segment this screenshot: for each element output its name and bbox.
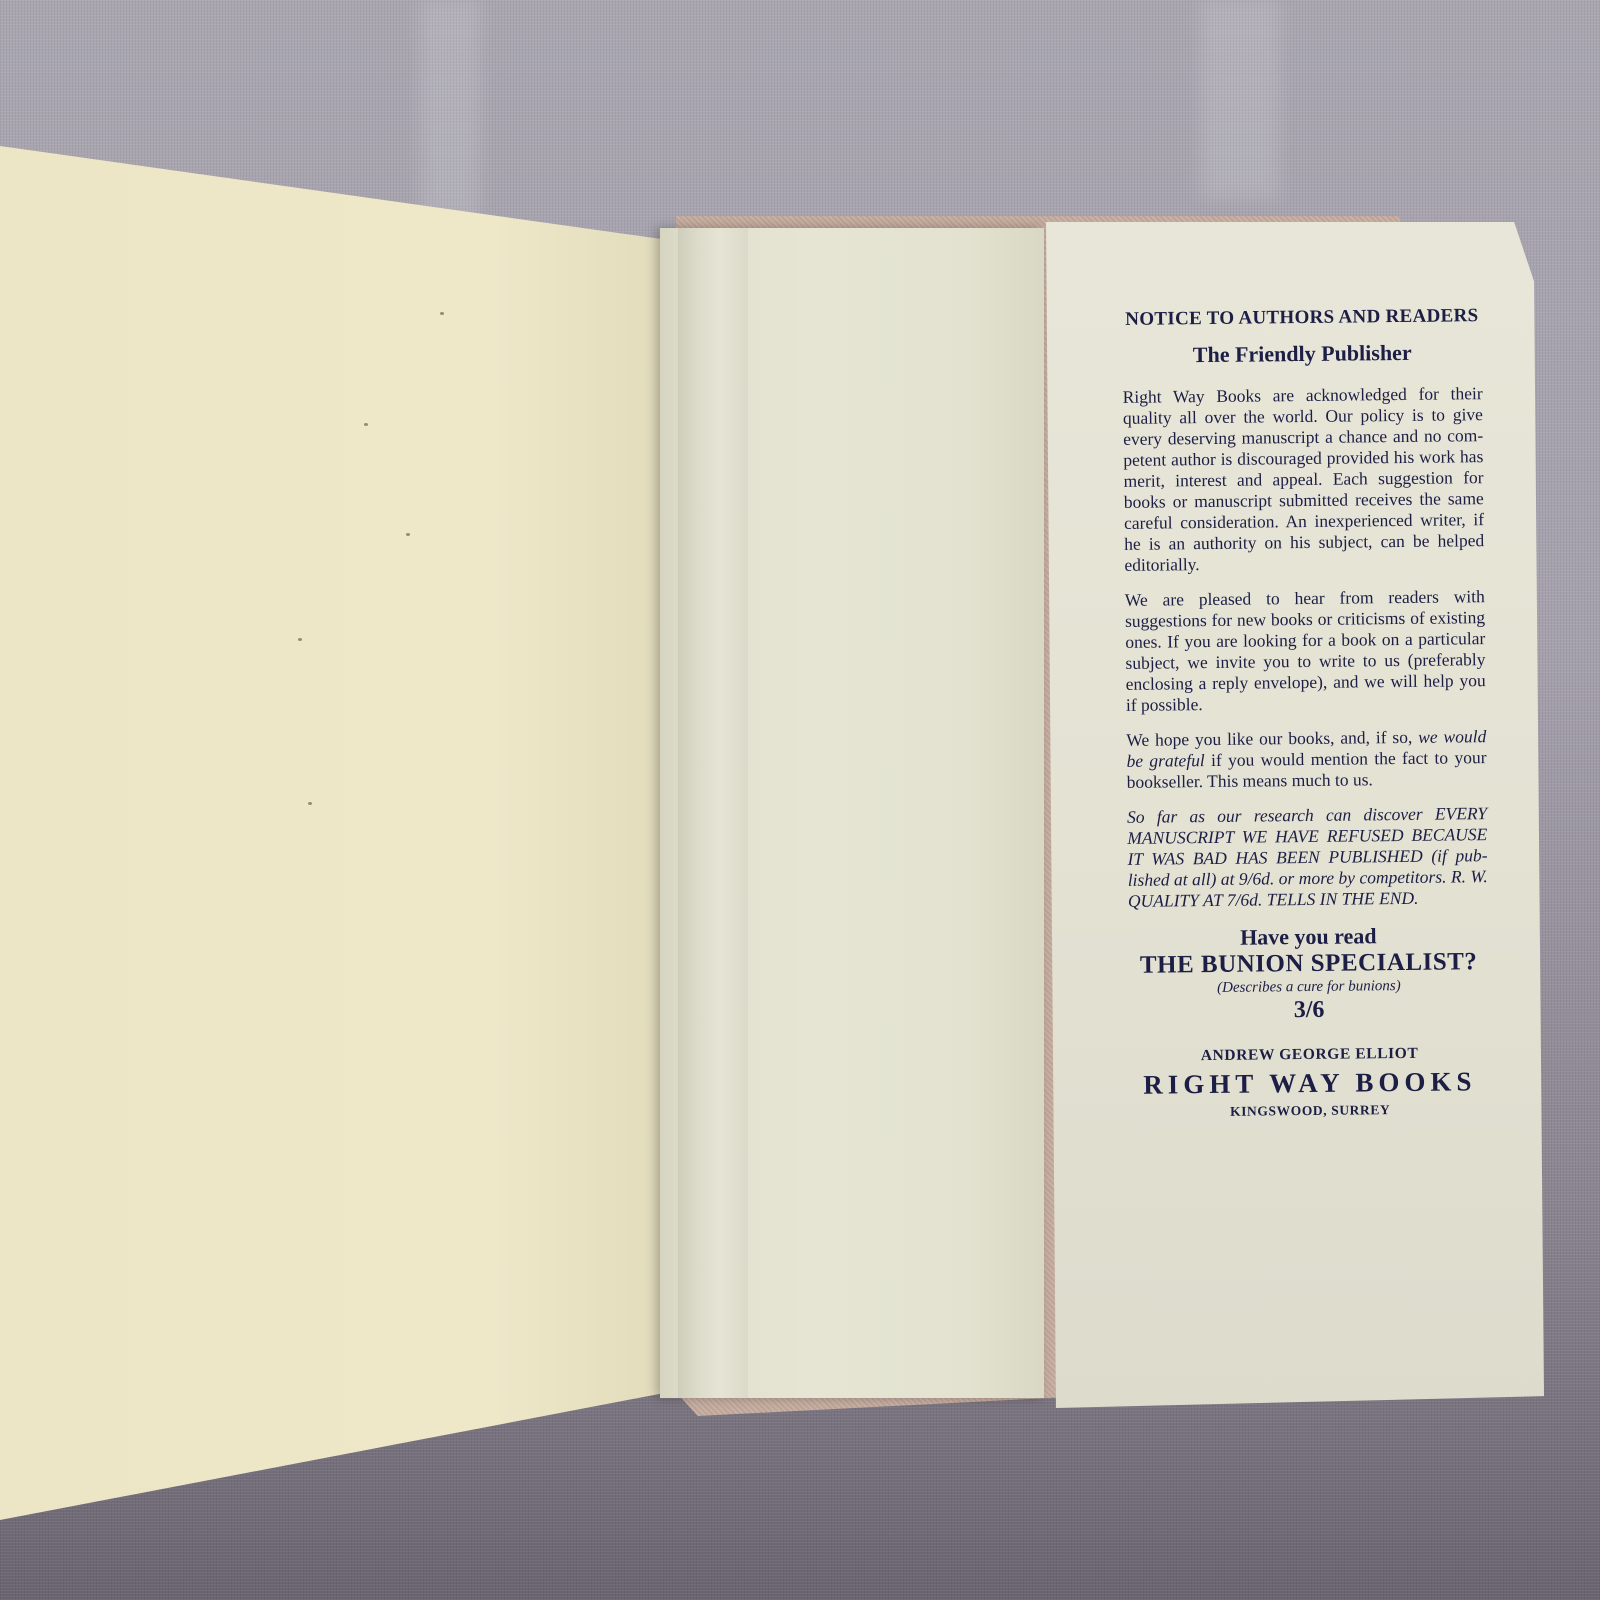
paper-speck [440, 312, 444, 315]
paper-speck [298, 638, 302, 641]
book-promo: Have you read THE BUNION SPECIALIST? (De… [1128, 922, 1489, 1026]
endpaper [660, 228, 1044, 1398]
cloth-fold [420, 0, 480, 220]
blank-flyleaf-page [0, 0, 700, 1600]
promo-lead: Have you read [1128, 922, 1488, 952]
publisher-brand: RIGHT WAY BOOKS [1130, 1066, 1490, 1101]
paper-speck [364, 423, 368, 426]
endpaper-hinge [678, 228, 748, 1398]
cloth-fold [1200, 0, 1280, 200]
flap-text-block: NOTICE TO AUTHORS AND READERS The Friend… [1122, 302, 1491, 1121]
notice-heading: NOTICE TO AUTHORS AND READERS [1122, 302, 1482, 333]
promo-title: THE BUNION SPECIALIST? [1129, 948, 1489, 980]
hope-paragraph: We hope you like our books, and, if so, … [1126, 726, 1487, 793]
readers-paragraph: We are pleased to hear from readers with… [1125, 586, 1486, 716]
dust-jacket-flap: NOTICE TO AUTHORS AND READERS The Friend… [1046, 222, 1544, 1408]
promo-price: 3/6 [1129, 994, 1489, 1026]
paper-speck [308, 802, 312, 805]
friendly-publisher-heading: The Friendly Publisher [1122, 339, 1482, 369]
policy-paragraph: Right Way Books are acknowledged for the… [1123, 383, 1485, 576]
paper-speck [406, 533, 410, 536]
publisher-imprint: ANDREW GEORGE ELLIOT RIGHT WAY BOOKS KIN… [1130, 1044, 1491, 1121]
publisher-location: KINGSWOOD, SURREY [1130, 1101, 1490, 1121]
hope-text-before: We hope you like our books, and, if so, [1126, 727, 1418, 750]
research-paragraph: So far as our research can discover EVER… [1127, 803, 1488, 912]
publisher-name: ANDREW GEORGE ELLIOT [1130, 1044, 1490, 1066]
